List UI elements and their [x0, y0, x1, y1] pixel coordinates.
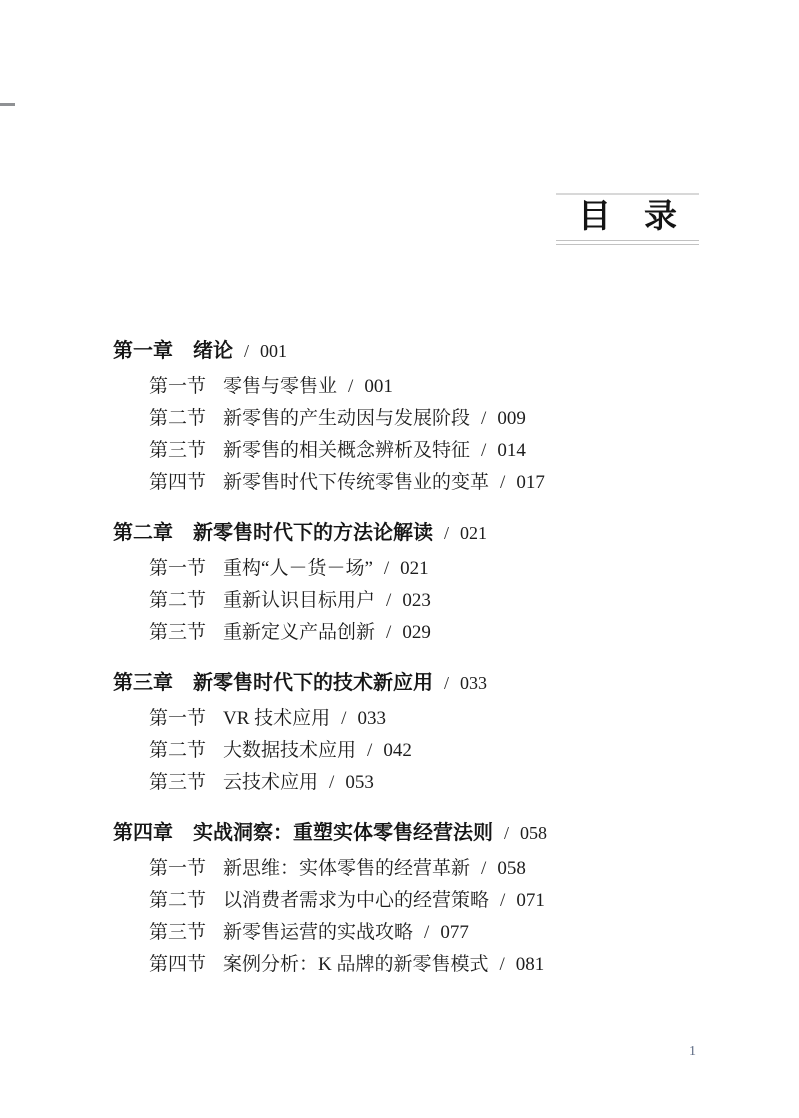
- folio-page-number: 1: [689, 1044, 696, 1060]
- chapter-heading: 第三章新零售时代下的技术新应用/033: [113, 666, 693, 700]
- section-page-number: 081: [516, 954, 545, 975]
- section-entry: 第二节以消费者需求为中心的经营策略/071: [113, 885, 693, 917]
- section-title: VR 技术应用: [223, 708, 330, 729]
- section-title: 新零售的相关概念辨析及特征: [223, 440, 470, 461]
- toc-chapter-2: 第二章新零售时代下的方法论解读/021 第一节重构“人－货－场”/021 第二节…: [113, 516, 693, 649]
- section-page-number: 023: [402, 590, 431, 611]
- section-entry: 第三节新零售的相关概念辨析及特征/014: [113, 435, 693, 467]
- separator-slash: /: [481, 408, 486, 429]
- section-title: 新零售的产生动因与发展阶段: [223, 408, 470, 429]
- section-page-number: 017: [516, 472, 545, 493]
- separator-slash: /: [386, 622, 391, 643]
- section-label: 第二节: [149, 890, 206, 911]
- section-title: 以消费者需求为中心的经营策略: [223, 890, 489, 911]
- section-label: 第四节: [149, 954, 206, 975]
- chapter-page-number: 021: [460, 523, 487, 543]
- section-label: 第一节: [149, 858, 206, 879]
- section-label: 第二节: [149, 408, 206, 429]
- section-title: 云技术应用: [223, 772, 318, 793]
- separator-slash: /: [481, 858, 486, 879]
- separator-slash: /: [500, 954, 505, 975]
- chapter-title: 新零售时代下的技术新应用: [193, 672, 433, 694]
- page-title: 目 录: [556, 195, 699, 240]
- toc-chapter-1: 第一章绪论/001 第一节零售与零售业/001 第二节新零售的产生动因与发展阶段…: [113, 334, 693, 499]
- section-title: 新零售时代下传统零售业的变革: [223, 472, 489, 493]
- section-entry: 第三节新零售运营的实战攻略/077: [113, 917, 693, 949]
- section-entry: 第二节重新认识目标用户/023: [113, 585, 693, 617]
- section-label: 第一节: [149, 708, 206, 729]
- separator-slash: /: [348, 376, 353, 397]
- section-page-number: 071: [516, 890, 545, 911]
- chapter-label: 第三章: [113, 672, 173, 694]
- section-page-number: 033: [357, 708, 386, 729]
- section-entry: 第二节大数据技术应用/042: [113, 735, 693, 767]
- section-title: 案例分析：K 品牌的新零售模式: [223, 954, 488, 975]
- section-title: 重构“人－货－场”: [223, 558, 373, 579]
- section-page-number: 077: [440, 922, 469, 943]
- separator-slash: /: [424, 922, 429, 943]
- separator-slash: /: [384, 558, 389, 579]
- toc-chapter-4: 第四章实战洞察：重塑实体零售经营法则/058 第一节新思维：实体零售的经营革新/…: [113, 816, 693, 981]
- separator-slash: /: [386, 590, 391, 611]
- section-page-number: 058: [497, 858, 526, 879]
- title-bottom-rule: [556, 240, 699, 245]
- section-label: 第一节: [149, 376, 206, 397]
- chapter-page-number: 033: [460, 673, 487, 693]
- section-label: 第二节: [149, 590, 206, 611]
- section-entry: 第四节案例分析：K 品牌的新零售模式/081: [113, 949, 693, 981]
- section-label: 第三节: [149, 922, 206, 943]
- section-label: 第三节: [149, 440, 206, 461]
- section-entry: 第一节零售与零售业/001: [113, 371, 693, 403]
- separator-slash: /: [444, 673, 449, 693]
- section-label: 第一节: [149, 558, 206, 579]
- section-page-number: 029: [402, 622, 431, 643]
- section-title: 重新认识目标用户: [223, 590, 375, 611]
- section-page-number: 021: [400, 558, 429, 579]
- chapter-title: 绪论: [193, 340, 233, 362]
- separator-slash: /: [329, 772, 334, 793]
- chapter-heading: 第一章绪论/001: [113, 334, 693, 368]
- section-entry: 第二节新零售的产生动因与发展阶段/009: [113, 403, 693, 435]
- separator-slash: /: [504, 823, 509, 843]
- section-label: 第二节: [149, 740, 206, 761]
- toc-title-block: 目 录: [556, 193, 699, 245]
- chapter-title: 新零售时代下的方法论解读: [193, 522, 433, 544]
- chapter-label: 第四章: [113, 822, 173, 844]
- toc-chapter-3: 第三章新零售时代下的技术新应用/033 第一节VR 技术应用/033 第二节大数…: [113, 666, 693, 799]
- separator-slash: /: [500, 472, 505, 493]
- section-title: 大数据技术应用: [223, 740, 356, 761]
- chapter-heading: 第二章新零售时代下的方法论解读/021: [113, 516, 693, 550]
- chapter-label: 第一章: [113, 340, 173, 362]
- section-entry: 第一节VR 技术应用/033: [113, 703, 693, 735]
- section-entry: 第一节重构“人－货－场”/021: [113, 553, 693, 585]
- section-label: 第三节: [149, 622, 206, 643]
- section-title: 零售与零售业: [223, 376, 337, 397]
- chapter-label: 第二章: [113, 522, 173, 544]
- section-entry: 第三节云技术应用/053: [113, 767, 693, 799]
- chapter-page-number: 058: [520, 823, 547, 843]
- separator-slash: /: [367, 740, 372, 761]
- chapter-page-number: 001: [260, 341, 287, 361]
- section-page-number: 009: [497, 408, 526, 429]
- separator-slash: /: [444, 523, 449, 543]
- section-entry: 第三节重新定义产品创新/029: [113, 617, 693, 649]
- section-page-number: 042: [383, 740, 412, 761]
- section-entry: 第四节新零售时代下传统零售业的变革/017: [113, 467, 693, 499]
- chapter-heading: 第四章实战洞察：重塑实体零售经营法则/058: [113, 816, 693, 850]
- separator-slash: /: [500, 890, 505, 911]
- chapter-title: 实战洞察：重塑实体零售经营法则: [193, 822, 493, 844]
- scan-edge-mark: [0, 103, 15, 106]
- section-title: 新零售运营的实战攻略: [223, 922, 413, 943]
- section-label: 第三节: [149, 772, 206, 793]
- section-title: 重新定义产品创新: [223, 622, 375, 643]
- section-title: 新思维：实体零售的经营革新: [223, 858, 470, 879]
- toc-list: 第一章绪论/001 第一节零售与零售业/001 第二节新零售的产生动因与发展阶段…: [113, 334, 693, 981]
- section-page-number: 014: [497, 440, 526, 461]
- separator-slash: /: [244, 341, 249, 361]
- section-page-number: 053: [345, 772, 374, 793]
- section-label: 第四节: [149, 472, 206, 493]
- section-entry: 第一节新思维：实体零售的经营革新/058: [113, 853, 693, 885]
- separator-slash: /: [341, 708, 346, 729]
- separator-slash: /: [481, 440, 486, 461]
- section-page-number: 001: [364, 376, 393, 397]
